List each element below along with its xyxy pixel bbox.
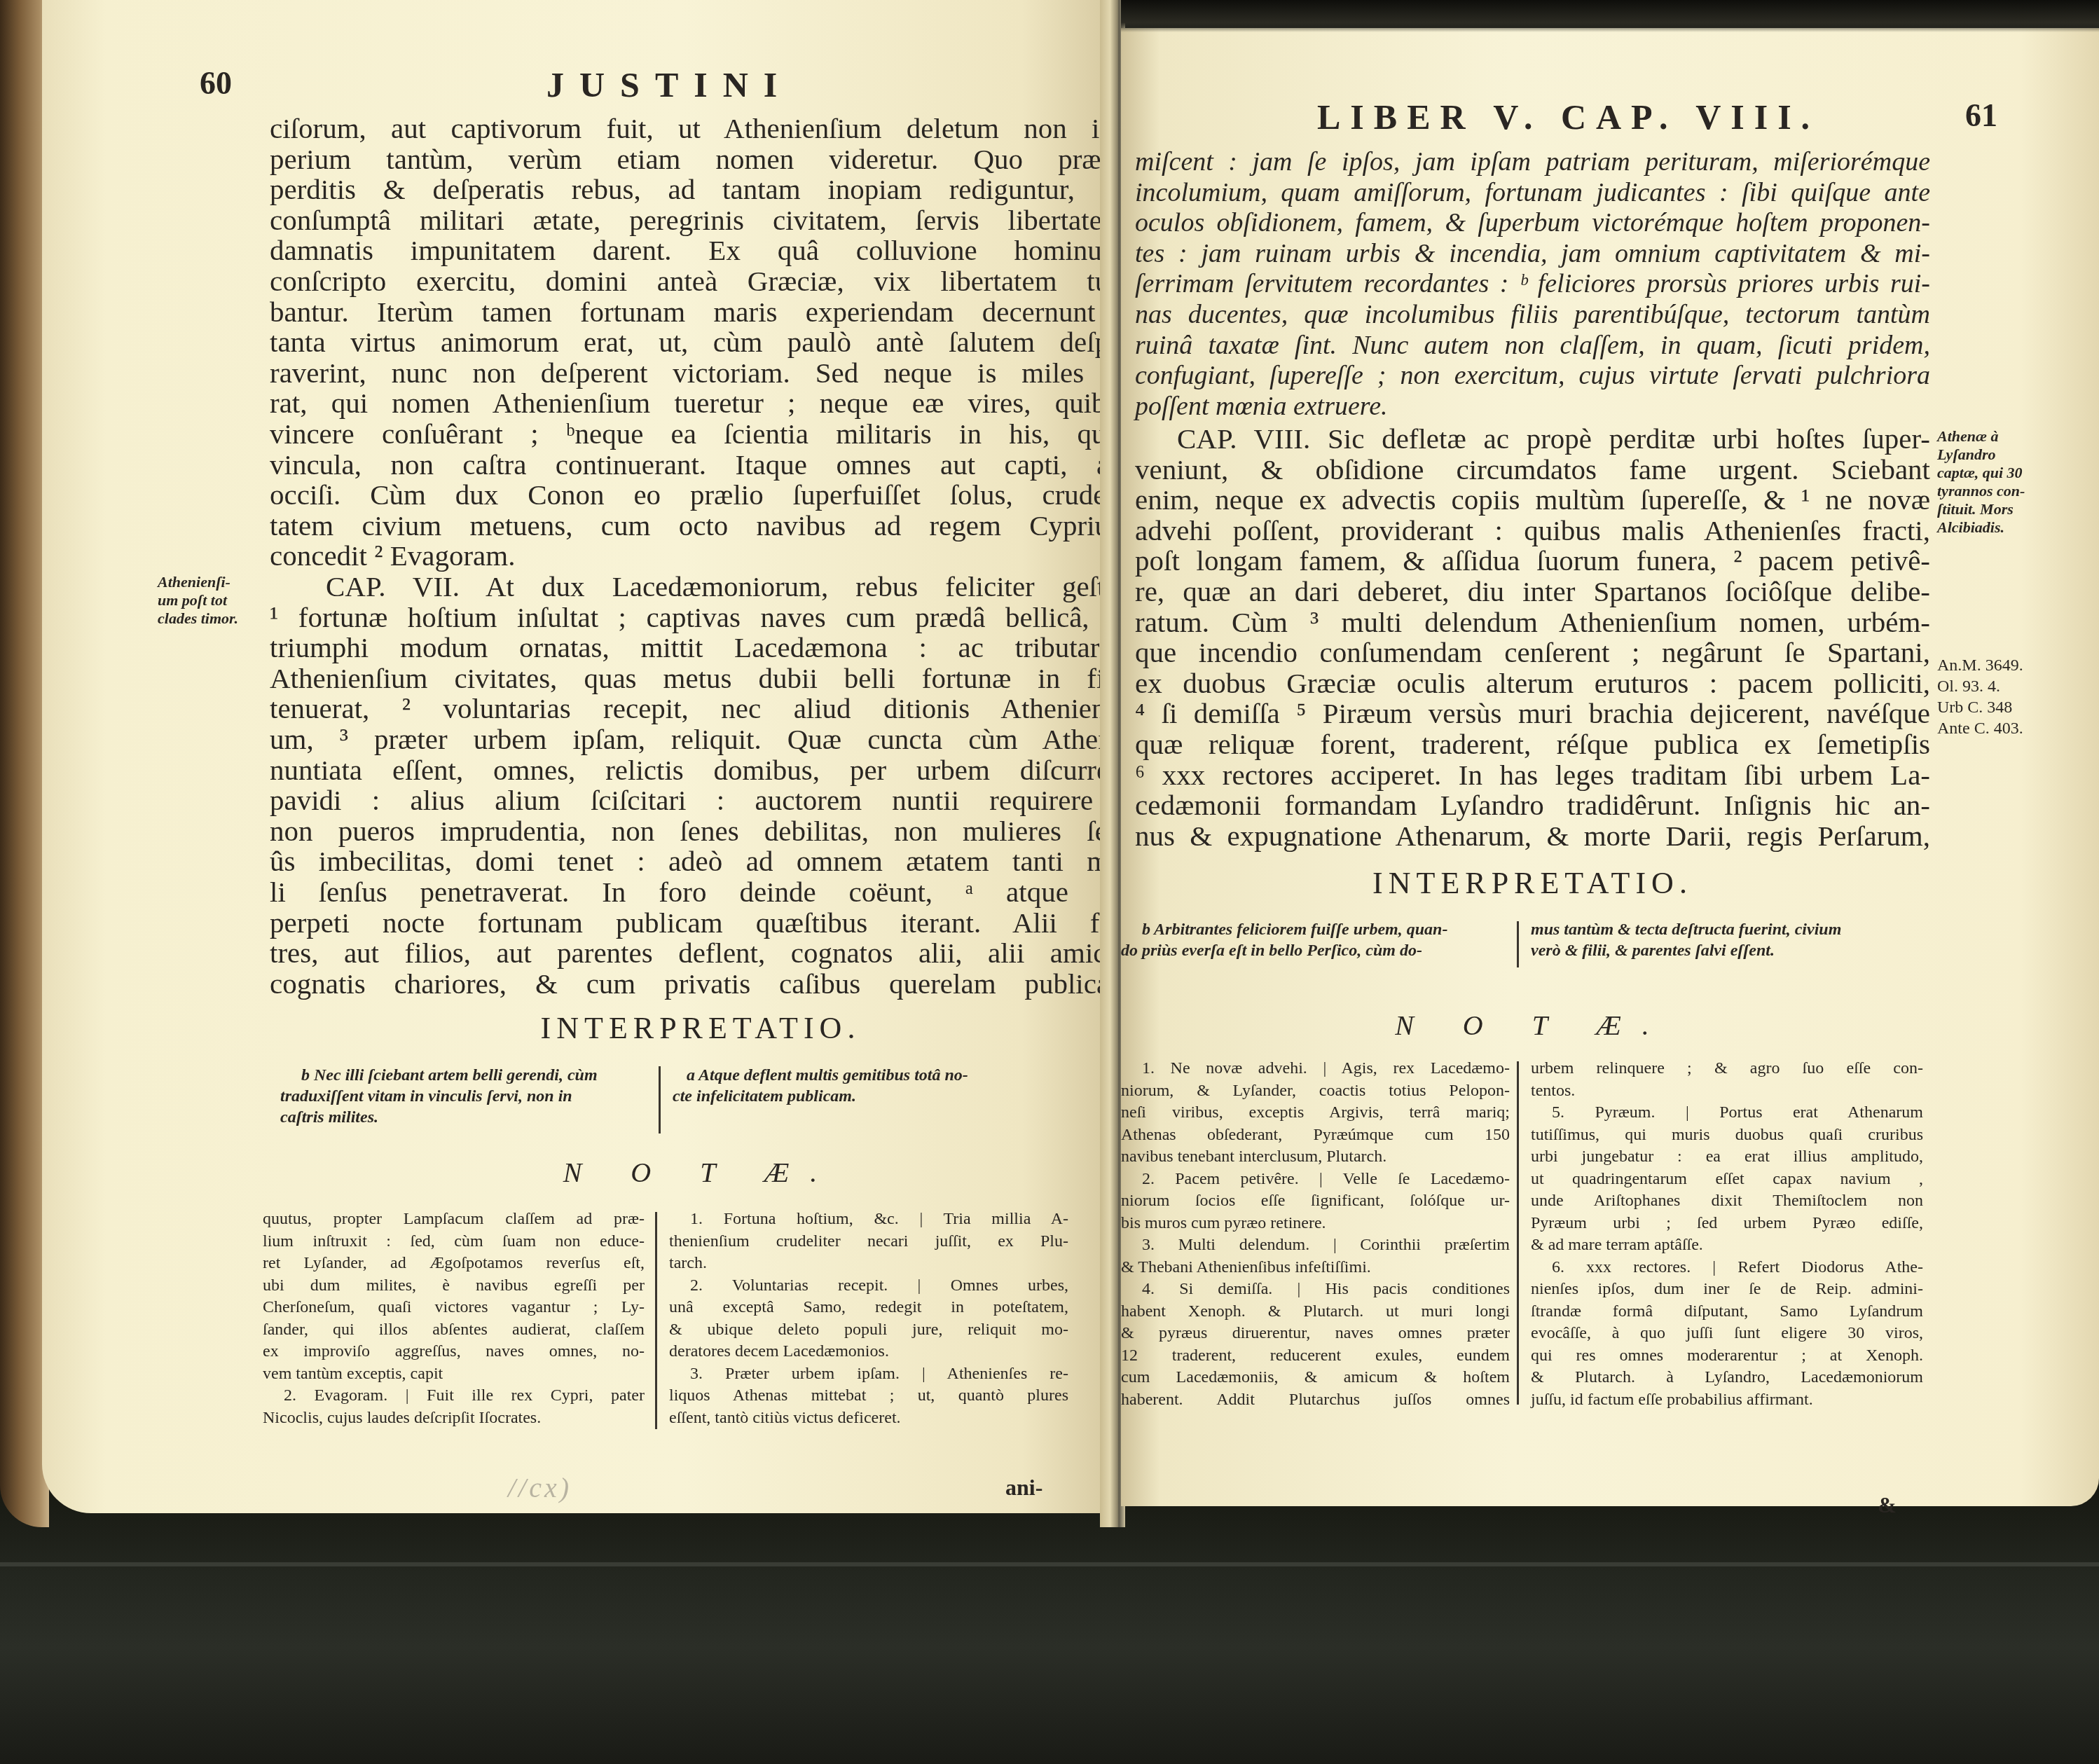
note-line: tarch. [669, 1253, 1068, 1275]
note-line: ex improviſo aggreſſus, naves omnes, no- [263, 1341, 645, 1363]
interp-line: b Arbitrantes feliciorem fuiſſe urbem, q… [1121, 919, 1513, 940]
text-line: cedæmonii formandam Lyſandro tradidêrunt… [1135, 790, 1930, 821]
text-line: perditis & deſperatis rebus, ad tantam i… [270, 174, 1131, 205]
page-number: 60 [200, 64, 232, 102]
note-line: Cherſoneſum, quaſi victores vagantur ; L… [263, 1297, 645, 1319]
note-line: & Plutarch. à Lyſandro, Lacedæmoniorum [1531, 1367, 1923, 1389]
note-line: Athenas obſederant, Pyræúmque cum 150 [1121, 1124, 1510, 1147]
italic-text: miſcent : jam ſe ipſos, jam ipſam patria… [1135, 147, 1930, 422]
margin-note: Athenæ à Lyſandro captæ, qui 30 tyrannos… [1937, 427, 2063, 537]
interpretatio-right: mus tantùm & tecta deſtructa fuerint, ci… [1531, 919, 1923, 961]
text-line: tenuerat, ² voluntarias recepit, nec ali… [270, 694, 1131, 724]
note-line: tutiſſimus, qui muris duobus quaſi cruri… [1531, 1124, 1923, 1147]
running-head: JUSTINI [546, 64, 792, 105]
interp-line: mus tantùm & tecta deſtructa fuerint, ci… [1531, 919, 1923, 940]
note-line: Pyræum urbi ; ſed urbem Pyræo ediſſe, [1531, 1213, 1923, 1235]
note-line: urbem relinquere ; & agro ſuo eſſe con- [1531, 1058, 1923, 1080]
text-line: pavidi : alius alium ſciſcitari : auctor… [270, 785, 1131, 816]
note-line: 1. Ne novæ advehi. | Agis, rex Lacedæmo- [1121, 1058, 1510, 1080]
notes-right-column: urbem relinquere ; & agro ſuo eſſe con- … [1531, 1058, 1923, 1411]
note-line: lium inſtruxit : ſed, cùm ſuam non educe… [263, 1231, 645, 1253]
interpretatio-left: b Nec illi ſciebant artem belli gerendi,… [280, 1065, 673, 1128]
margin-note-line: Athenienſi- [158, 573, 270, 591]
text-line: nus & expugnatione Athenarum, & morte Da… [1135, 821, 1930, 852]
chronology-line: Ante C. 403. [1937, 718, 2077, 739]
text-line: poſt longam famem, & aſſidua ſuorum fune… [1135, 546, 1930, 577]
note-line: ſtrandæ formâ diſputant, Samo Lyſandrum [1531, 1301, 1923, 1323]
note-line: 3. Multi delendum. | Corinthii præſertim [1121, 1234, 1510, 1257]
note-line: unâ exceptâ Samo, redegit in poteſtatem, [669, 1297, 1068, 1319]
text-line: vincere conſuêrant ; ᵇneque ea ſcientia … [270, 419, 1131, 450]
note-line: deratores decem Lacedæmonios. [669, 1341, 1068, 1363]
column-rule [659, 1066, 661, 1133]
margin-note-line: clades timor. [158, 609, 270, 628]
margin-note: Athenienſi- um poſt tot clades timor. [158, 573, 270, 628]
note-line: haberent. Addit Plutarchus juſſos omnes [1121, 1389, 1510, 1412]
interp-line: b Nec illi ſciebant artem belli gerendi,… [280, 1065, 673, 1086]
text-line: concedit ² Evagoram. [270, 541, 1131, 572]
note-line: vem tantùm exceptis, capit [263, 1363, 645, 1386]
note-line: urbi jungebatur : ea erat illius amplitu… [1531, 1146, 1923, 1169]
text-line: vincula, non caſtra continuerant. Itaque… [270, 450, 1131, 481]
margin-note-line: Lyſandro [1937, 446, 2063, 464]
text-line: perpeti nocte fortunam publicam quæſtibu… [270, 908, 1131, 939]
note-line: 5. Pyræum. | Portus erat Athenarum [1531, 1102, 1923, 1124]
interpretatio-left: b Arbitrantes feliciorem fuiſſe urbem, q… [1121, 919, 1513, 961]
notes-right-column: 1. Fortuna hoſtium, &c. | Tria millia A-… [669, 1208, 1068, 1429]
note-line: navibus tenebant interclusum, Plutarch. [1121, 1146, 1510, 1169]
text-line: cognatis chariores, & cum privatis caſib… [270, 969, 1131, 1000]
note-line: & Thebani Athenienſibus infeſtiſſimi. [1121, 1257, 1510, 1279]
text-line: ûs imbecilitas, domi tenet : adeò ad omn… [270, 846, 1131, 877]
column-rule [1517, 1061, 1519, 1405]
chapter-viii-text: CAP. VIII. Sic defletæ ac propè perditæ … [1135, 424, 1930, 851]
note-line: nienſes ipſos, dum iner ſe de Reip. admi… [1531, 1279, 1923, 1301]
margin-note-line: um poſt tot [158, 591, 270, 609]
text-line: veniunt, & obſidione circumdatos fame ur… [1135, 455, 1930, 485]
note-line: cum Lacedæmoniis, & amicum & hoſtem [1121, 1367, 1510, 1389]
margin-note-line: captæ, qui 30 [1937, 464, 2063, 482]
text-line: triumphi modum ornatas, mittit Lacedæmon… [270, 633, 1131, 663]
note-line: unde Ariſtophanes dixit Themiſtoclem non [1531, 1190, 1923, 1213]
interp-line: caſtris milites. [280, 1107, 673, 1128]
note-line: ſander, qui illos abſentes audierat, cla… [263, 1319, 645, 1342]
text-line: CAP. VII. At dux Lacedæmoniorum, rebus f… [270, 572, 1131, 602]
note-line: 12 traderent, reducerent exules, eundem [1121, 1345, 1510, 1367]
interpretatio-title: INTERPRETATIO. [1135, 865, 1930, 901]
chapter-vii-text: CAP. VII. At dux Lacedæmoniorum, rebus f… [270, 572, 1131, 999]
text-line: conſumptâ militari ætate, peregrinis civ… [270, 205, 1131, 236]
note-line: ut quadringentarum eſſet capax navium , [1531, 1169, 1923, 1191]
note-line: thenienſium crudeliter necari juſſit, ex… [669, 1231, 1068, 1253]
catchword: & [1878, 1492, 1897, 1518]
interp-line: traduxiſſent vitam in vinculis ſervi, no… [280, 1086, 673, 1107]
text-line: raverint, nunc non deſperent victoriam. … [270, 358, 1131, 389]
text-line: ¹ fortunæ hoſtium inſultat ; captivas na… [270, 602, 1131, 633]
note-line: bis muros cum pyræo retinere. [1121, 1213, 1510, 1235]
note-line: tentos. [1531, 1080, 1923, 1103]
chronology-line: Urb C. 348 [1937, 697, 2077, 718]
note-line: & ubique deleto populi jure, reliquit mo… [669, 1319, 1068, 1342]
note-line: niorum, & Lyſander, coactis totius Pelop… [1121, 1080, 1510, 1103]
text-line: incolumium, quam amiſſorum, fortunam jud… [1135, 178, 1930, 209]
page-number: 61 [1965, 97, 1997, 134]
column-rule [655, 1212, 657, 1429]
text-line: ex duobus Græciæ oculis alterum eruturos… [1135, 668, 1930, 699]
note-line: neſi viribus, exceptis Argivis, terrâ ma… [1121, 1102, 1510, 1124]
text-line: nas ducentes, quæ incolumibus filiis par… [1135, 300, 1930, 331]
notes-left-column: quutus, propter Lampſacum claſſem ad præ… [263, 1208, 645, 1429]
note-line: 2. Evagoram. | Fuit ille rex Cypri, pate… [263, 1385, 645, 1407]
text-line: li ſenſus penetraverat. In foro deinde c… [270, 877, 1131, 908]
note-line: Nicoclis, cujus laudes deſcripſit Iſocra… [263, 1407, 645, 1430]
interp-line: cte infelicitatem publicam. [673, 1086, 1121, 1107]
pencil-mark: //cx) [508, 1471, 572, 1504]
note-line: 2. Pacem petivêre. | Velle ſe Lacedæmo- [1121, 1169, 1510, 1191]
text-line: tres, aut filios, aut parentes deflent, … [270, 938, 1131, 969]
note-line: 1. Fortuna hoſtium, &c. | Tria millia A- [669, 1208, 1068, 1231]
note-line: 4. Si demiſſa. | His pacis conditiones [1121, 1279, 1510, 1301]
note-line: eſſent, tantò citiùs victus deficeret. [669, 1407, 1068, 1430]
margin-note-line: Athenæ à [1937, 427, 2063, 446]
interpretatio-right: a Atque deflent multis gemitibus totâ no… [673, 1065, 1121, 1107]
note-line: liquos Athenas mittebat ; ut, quantò plu… [669, 1385, 1068, 1407]
note-line: niorum ſocios eſſe ſignificant, ſolóſque… [1121, 1190, 1510, 1213]
text-line: quæ reliquæ forent, traderent, réſque pu… [1135, 729, 1930, 760]
running-head: LIBER V. CAP. VIII. [1317, 97, 1819, 137]
text-line: poſſent mœnia extruere. [1135, 392, 1930, 422]
text-line: rat, qui nomen Athenienſium tueretur ; n… [270, 388, 1131, 419]
text-line: re, quæ an dari deberet, diu inter Spart… [1135, 577, 1930, 607]
note-line: 6. xxx rectores. | Refert Diodorus Athe- [1531, 1257, 1923, 1279]
note-line: evocâſſe, à quo juſſi ſunt eligere 30 vi… [1531, 1323, 1923, 1345]
interp-line: a Atque deflent multis gemitibus totâ no… [673, 1065, 1121, 1086]
text-line: conſcripto exercitu, domini anteà Græciæ… [270, 266, 1131, 297]
page-top-shadow [1121, 0, 2099, 32]
text-line: perium tantùm, verùm etiam nomen videret… [270, 144, 1131, 175]
left-page: 60 JUSTINI ciſorum, aut captivorum fuit,… [42, 0, 1107, 1513]
text-line: bantur. Iterùm tamen fortunam maris expe… [270, 297, 1131, 328]
note-line: habent Xenoph. & Plutarch. ut muri longi [1121, 1301, 1510, 1323]
text-line: tatem civium metuens, cum octo navibus a… [270, 511, 1131, 542]
margin-chronology: An.M. 3649. Ol. 93. 4. Urb C. 348 Ante C… [1937, 655, 2077, 739]
margin-note-line: tyrannos con- [1937, 482, 2063, 500]
text-line: que incendio conſumendam cenſerent ; neg… [1135, 638, 1930, 668]
text-line: oculos obſidionem, famem, & ſuperbum vic… [1135, 208, 1930, 239]
interpretatio-title: INTERPRETATIO. [270, 1010, 1131, 1046]
text-line: miſcent : jam ſe ipſos, jam ipſam patria… [1135, 147, 1930, 178]
text-line: damnatis impunitatem darent. Ex quâ coll… [270, 235, 1131, 266]
text-line: ⁴ ſi demiſſa ⁵ Piræum versùs muri brachi… [1135, 698, 1930, 729]
notes-left-column: 1. Ne novæ advehi. | Agis, rex Lacedæmo-… [1121, 1058, 1510, 1411]
book-binding-bottom [0, 1471, 2099, 1764]
right-page: LIBER V. CAP. VIII. 61 miſcent : jam ſe … [1121, 28, 2099, 1506]
note-line: ubi dum milites, è navibus egreſſi per [263, 1275, 645, 1297]
text-line: ⁶ xxx rectores acciperet. In has leges t… [1135, 760, 1930, 791]
binding-board-edge [0, 1562, 2099, 1566]
text-line: ciſorum, aut captivorum fuit, ut Athenie… [270, 113, 1131, 144]
text-line: tes : jam ruinam urbis & incendia, jam o… [1135, 239, 1930, 270]
text-line: Athenienſium civitates, quas metus dubii… [270, 663, 1131, 694]
margin-note-line: Alcibiadis. [1937, 518, 2063, 537]
catchword: ani- [1005, 1475, 1042, 1501]
note-line: quutus, propter Lampſacum claſſem ad præ… [263, 1208, 645, 1231]
text-line: non pueros imprudentia, non ſenes debili… [270, 816, 1131, 847]
text-line: occiſi. Cùm dux Conon eo prælio ſuperfui… [270, 480, 1131, 511]
text-line: tanta virtus animorum erat, ut, cùm paul… [270, 327, 1131, 358]
text-line: enim, neque ex advectis copiis multùm ſu… [1135, 485, 1930, 516]
note-line: qui res omnes moderarentur ; at Xenoph. [1531, 1345, 1923, 1367]
text-line: um, ³ præter urbem ipſam, reliquit. Quæ … [270, 724, 1131, 755]
text-line: ruinâ taxatæ ſint. Nunc autem non claſſe… [1135, 331, 1930, 361]
note-line: & pyræus diruerentur, naves omnes præter [1121, 1323, 1510, 1345]
chronology-line: Ol. 93. 4. [1937, 676, 2077, 697]
margin-note-line: ſtituit. Mors [1937, 500, 2063, 518]
note-line: 3. Præter urbem ipſam. | Athenienſes re- [669, 1363, 1068, 1386]
note-line: juſſu, id factum eſſe probabilius affirm… [1531, 1389, 1923, 1412]
column-rule [1517, 921, 1519, 967]
body-text: ciſorum, aut captivorum fuit, ut Athenie… [270, 113, 1131, 572]
text-line: ratum. Cùm ³ multi delendum Athenienſium… [1135, 607, 1930, 638]
text-line: nuntiata eſſent, omnes, relictis domibus… [270, 755, 1131, 786]
text-line: CAP. VIII. Sic defletæ ac propè perditæ … [1135, 424, 1930, 455]
notae-title: N O T Æ. [270, 1156, 1131, 1189]
interp-line: do priùs everſa eſt in bello Perſico, cù… [1121, 940, 1513, 961]
note-line: ret Lyſander, ad Ægoſpotamos reverſus eſ… [263, 1253, 645, 1275]
notae-title: N O T Æ. [1135, 1009, 1930, 1042]
text-line: ſerrimam ſervitutem recordantes : ᵇ feli… [1135, 269, 1930, 300]
note-line: & ad mare terram aptâſſe. [1531, 1234, 1923, 1257]
text-line: advehi poſſent, providerant : quibus mal… [1135, 516, 1930, 546]
text-line: confugiant, ſupereſſe ; non exercitum, c… [1135, 361, 1930, 392]
interp-line: verò & filii, & parentes ſalvi eſſent. [1531, 940, 1923, 961]
note-line: 2. Voluntarias recepit. | Omnes urbes, [669, 1275, 1068, 1297]
chronology-line: An.M. 3649. [1937, 655, 2077, 676]
